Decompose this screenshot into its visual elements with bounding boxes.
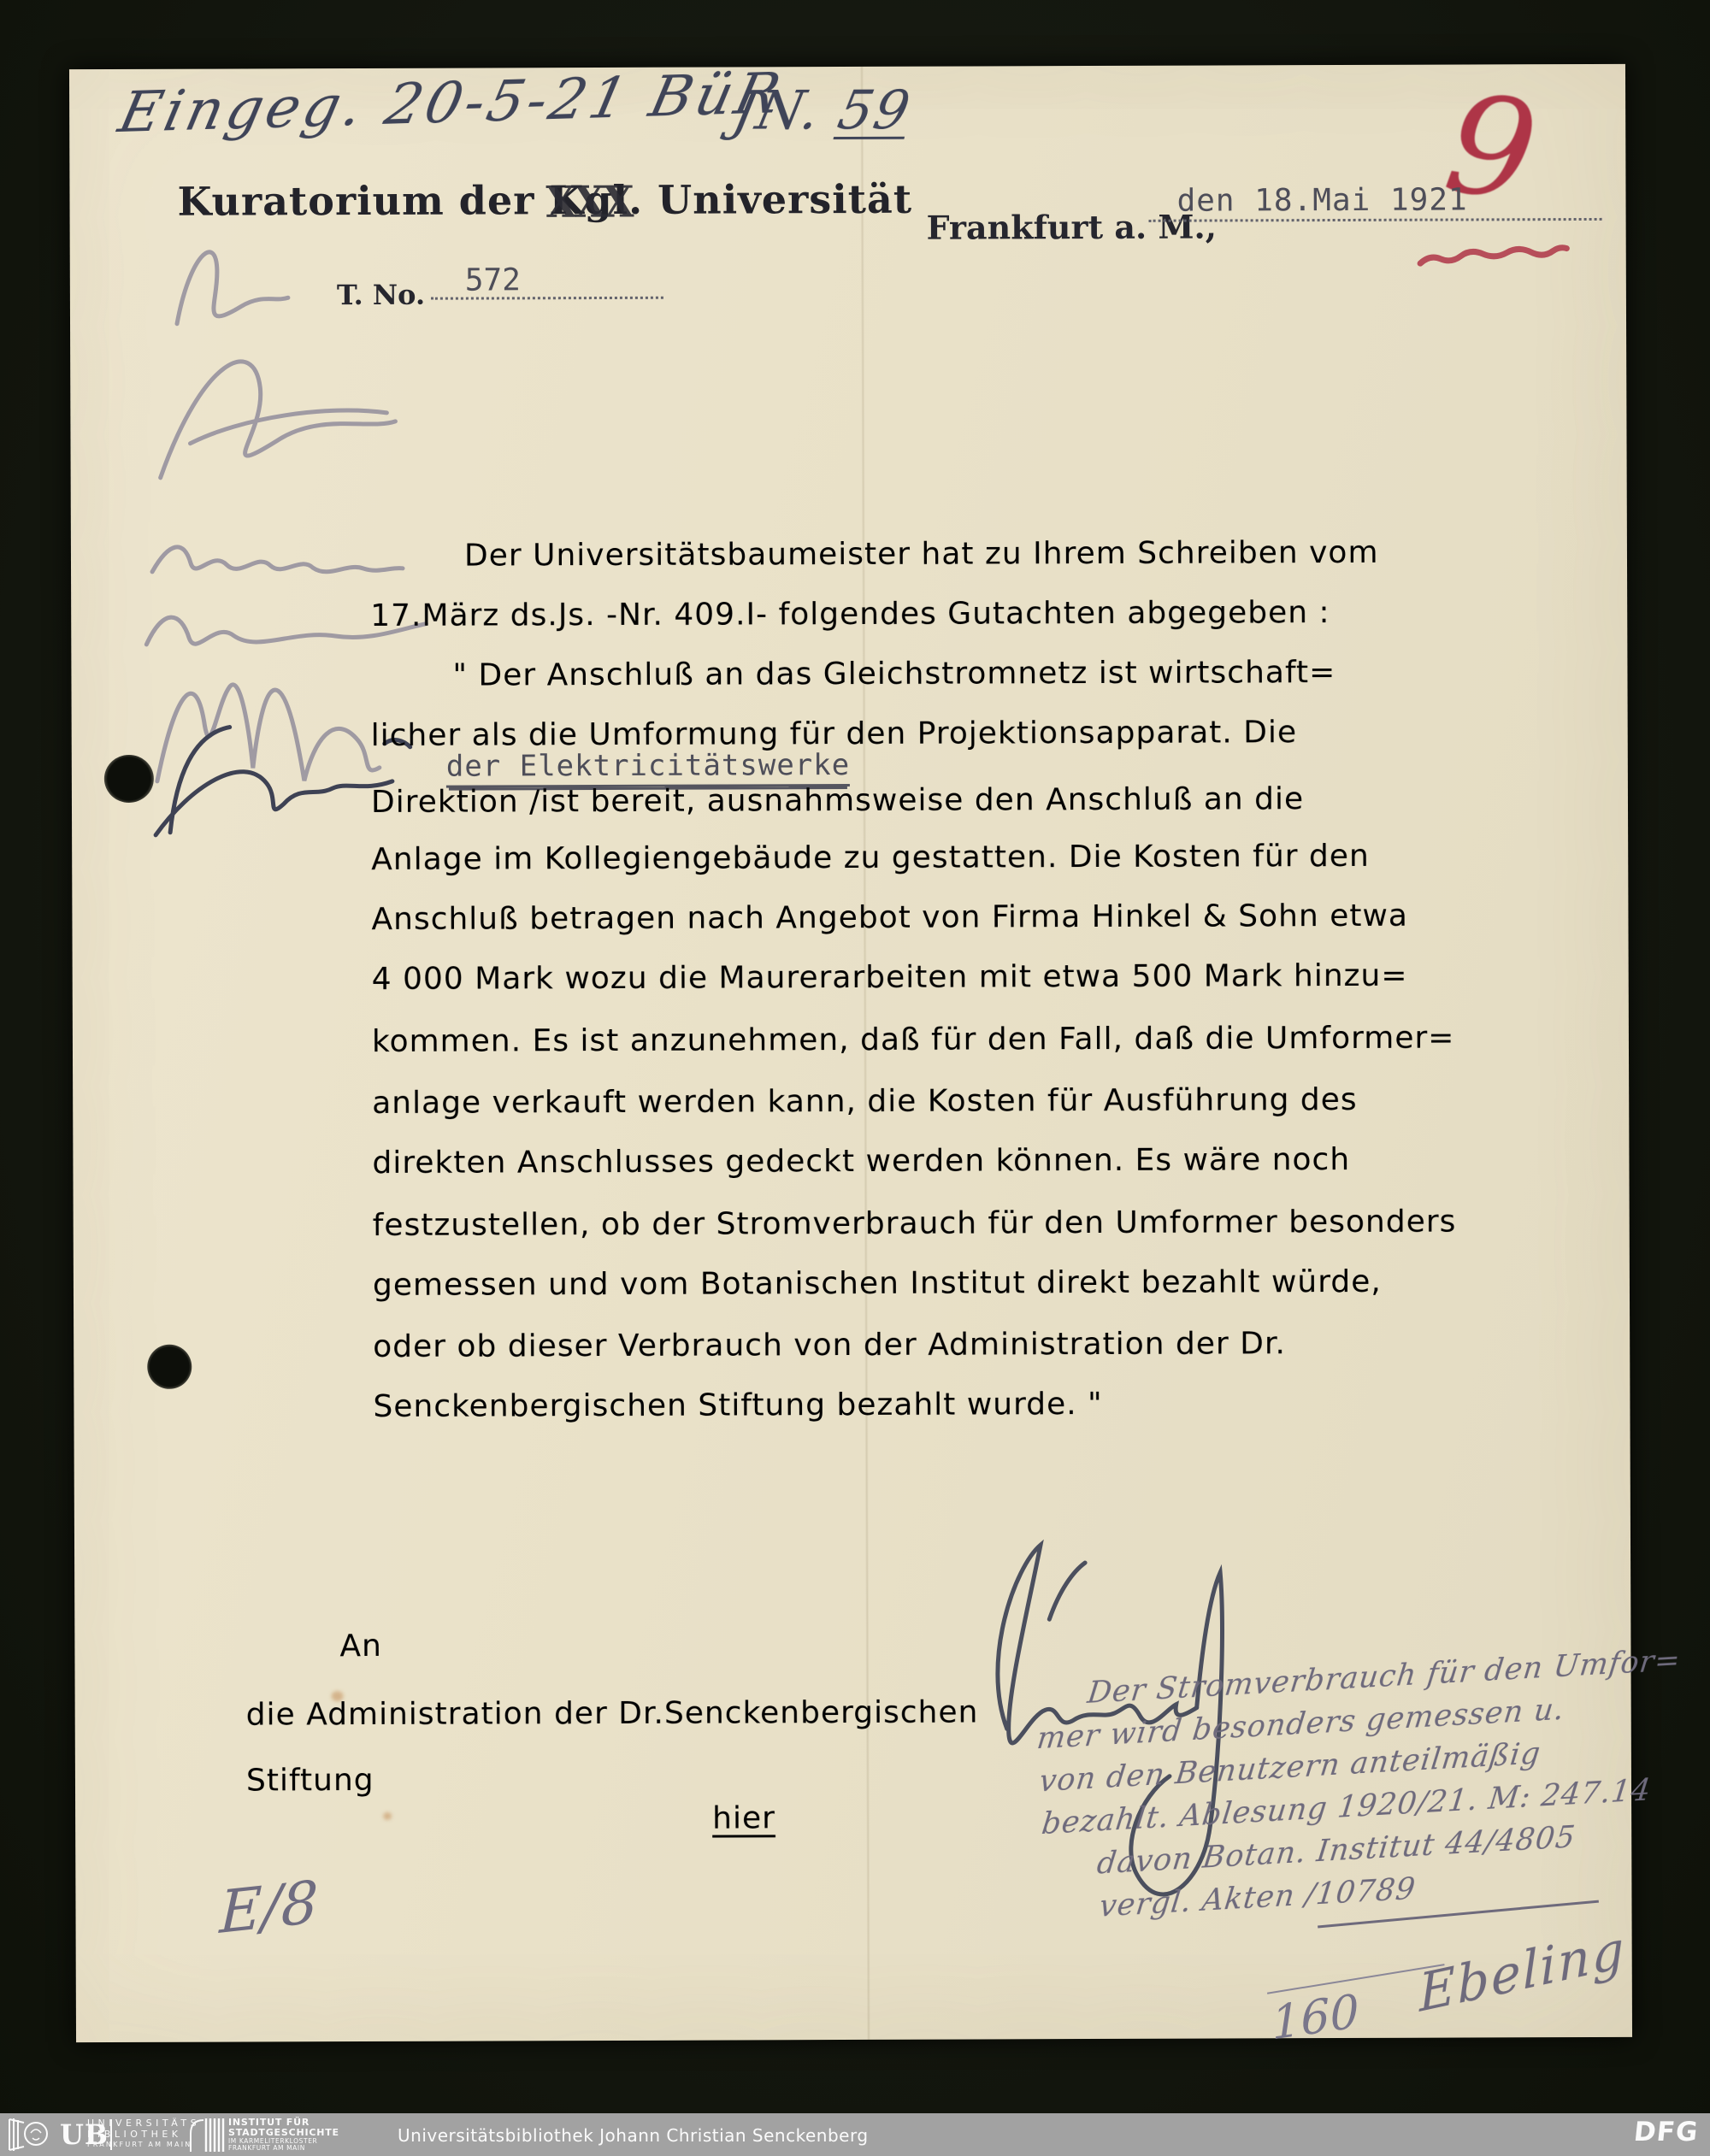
letterhead-struck-word: Kgl.XXX [549, 177, 643, 223]
body-line: Der Universitätsbaumeister hat zu Ihrem … [464, 535, 1379, 574]
scanned-letter-page: Eingeg. 20-5-21 BüR JN. 59 9 Kuratorium … [69, 64, 1632, 2042]
journal-prefix: JN. [728, 79, 846, 141]
institut-logo-icon [187, 2117, 225, 2153]
institut-line: FRANKFURT AM MAIN [228, 2145, 339, 2152]
scan-viewer-stage: Eingeg. 20-5-21 BüR JN. 59 9 Kuratorium … [0, 0, 1710, 2156]
pencil-marginal-note: Der Stromverbrauch für den Umfor= mer wi… [1033, 1645, 1662, 1935]
typed-date: den 18.Mai 1921 [1176, 182, 1467, 218]
ub-logo-icon [7, 2116, 56, 2153]
date-dotted-line [1149, 218, 1602, 222]
body-line: Senckenbergischen Stiftung bezahlt wurde… [373, 1387, 1102, 1424]
dfg-logo: DFG [1632, 2117, 1700, 2147]
body-line: oder ob dieser Verbrauch von der Adminis… [373, 1326, 1286, 1364]
ub-line: BIBLIOTHEK [87, 2129, 200, 2141]
library-footer-bar: UB UNIVERSITÄTS BIBLIOTHEK FRANKFURT AM … [0, 2113, 1710, 2156]
body-line: gemessen und vom Botanischen Institut di… [373, 1264, 1382, 1303]
body-line: festzustellen, ob der Stromverbrauch für… [373, 1205, 1457, 1243]
letterhead-post: Universität [643, 176, 912, 223]
place-label: Frankfurt a. M., [927, 208, 1217, 247]
overstrike-marks: XXX [545, 176, 632, 227]
punch-hole-bottom [147, 1345, 192, 1389]
letterhead-title: Kuratorium der Kgl.XXX Universität [177, 176, 912, 225]
address-location: hier [712, 1800, 775, 1835]
body-line: Direktion /ist bereit, ausnahmsweise den… [371, 781, 1304, 820]
journal-number-annotation: JN. 59 [728, 79, 917, 142]
body-line: Anschluß betragen nach Angebot von Firma… [371, 898, 1408, 937]
address-salutation: An [339, 1629, 382, 1664]
library-attribution: Universitätsbibliothek Johann Christian … [398, 2113, 869, 2156]
ub-library-name: UNIVERSITÄTS BIBLIOTHEK FRANKFURT AM MAI… [87, 2118, 200, 2148]
body-line: " Der Anschluß an das Gleichstromnetz is… [452, 655, 1336, 693]
pencil-signature-ebeling: Ebeling [1418, 1919, 1626, 2024]
ub-line: FRANKFURT AM MAIN [87, 2141, 200, 2148]
received-annotation: Eingeg. 20-5-21 BüR [113, 60, 789, 145]
journal-number: 59 [833, 79, 917, 141]
body-line: 4 000 Mark wozu die Maurerarbeiten mit e… [372, 958, 1408, 997]
body-line: 17.März ds.Js. -Nr. 409.I- folgendes Gut… [370, 595, 1330, 633]
letterhead-pre: Kuratorium der [177, 177, 549, 225]
body-line: Anlage im Kollegiengebäude zu gestatten.… [371, 839, 1370, 877]
paper-stain [383, 1812, 392, 1820]
institut-name: INSTITUT FÜR STADTGESCHICHTE IM KARMELIT… [228, 2118, 339, 2153]
body-line: anlage verkauft werden kann, die Kosten … [372, 1082, 1358, 1121]
body-line: kommen. Es ist anzunehmen, daß für den F… [372, 1021, 1455, 1059]
file-mark: E/8 [219, 1869, 320, 1947]
pencil-page-number: 160 [1271, 1984, 1359, 2051]
inserted-correction: der Elektricitätswerke [446, 748, 850, 788]
address-recipient: die Administration der Dr.Senckenbergisc… [246, 1694, 979, 1732]
address-recipient: Stiftung [246, 1763, 374, 1799]
red-folio-underline [1416, 241, 1571, 272]
body-line: direkten Anschlusses gedeckt werden könn… [372, 1142, 1350, 1181]
tagebuch-number-value: 572 [465, 262, 521, 297]
